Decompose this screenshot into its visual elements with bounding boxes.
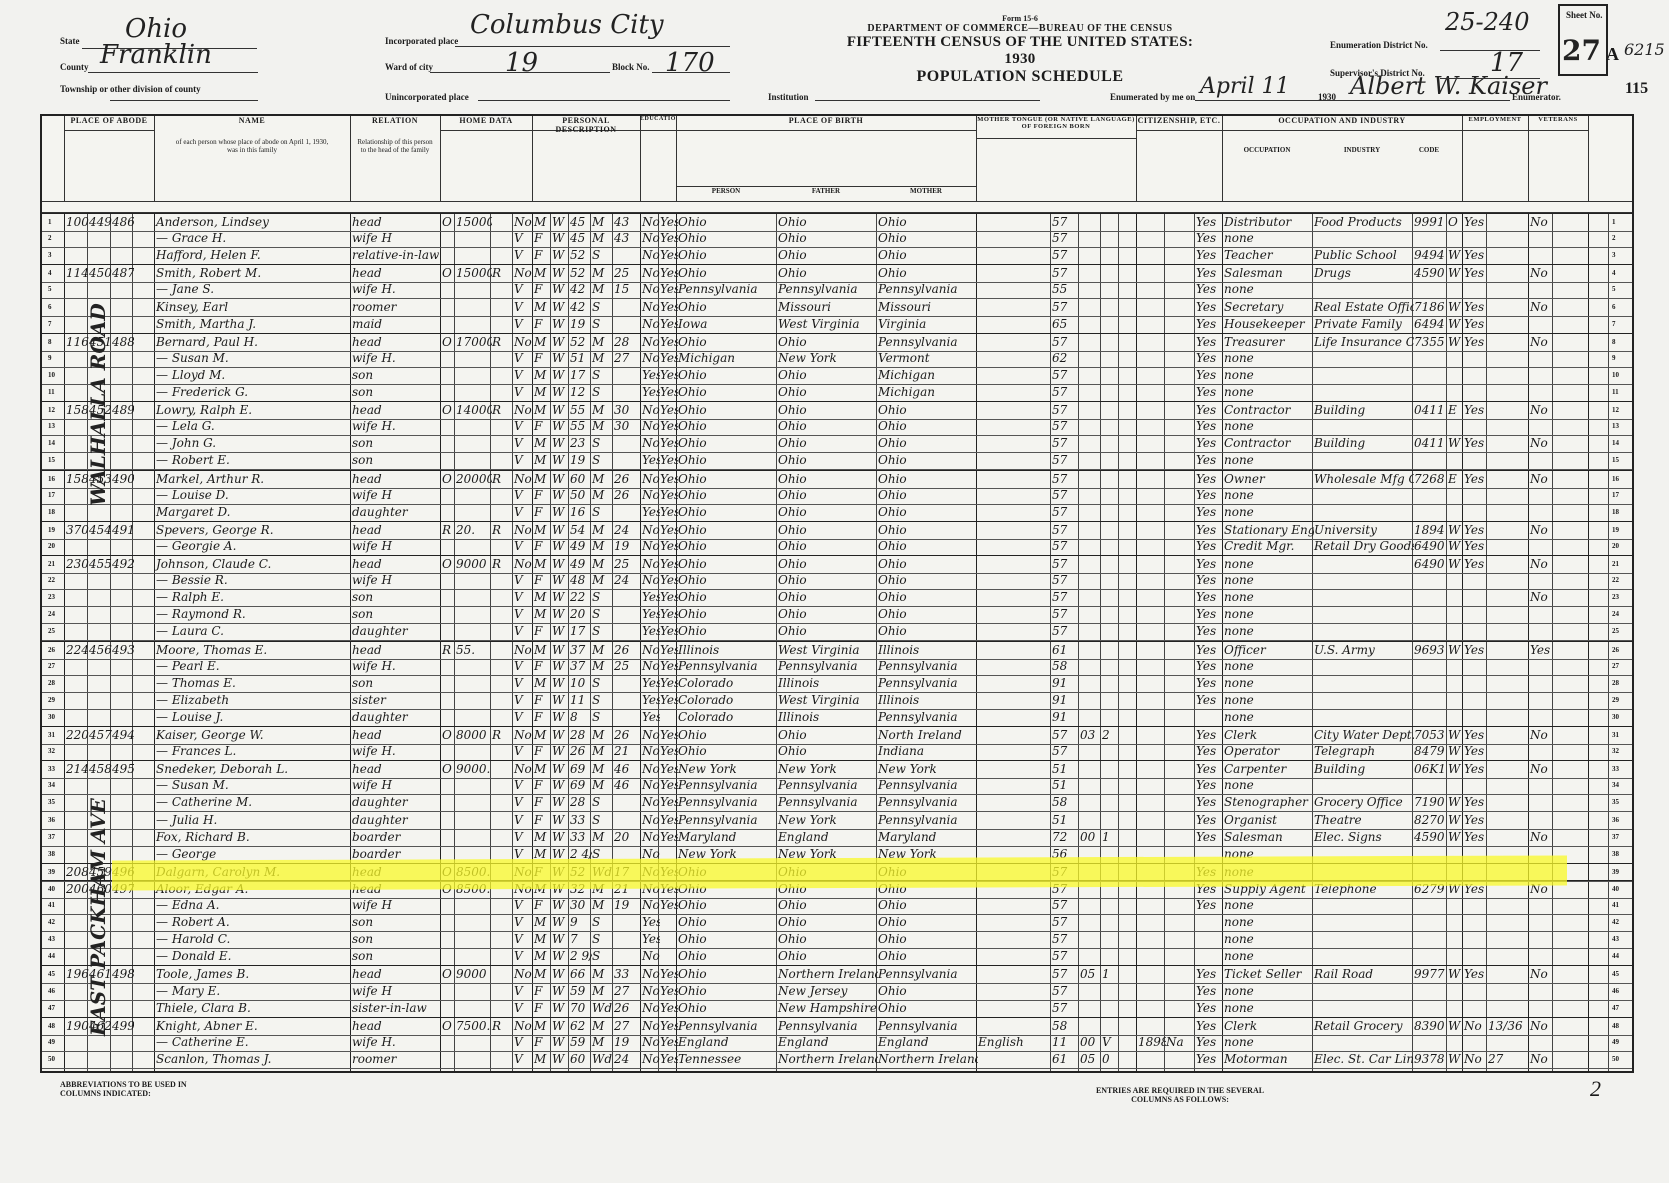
cell-code-b — [1078, 897, 1102, 914]
cell-age-married — [612, 794, 642, 811]
incorporated-value: Columbus City — [470, 10, 664, 40]
cell-pob: Ohio — [676, 471, 778, 488]
cell-farm: V — [512, 931, 534, 948]
cell-mother: Ohio — [876, 572, 978, 589]
cell-name: — Georgie A. — [154, 538, 352, 555]
cell-employed — [1462, 983, 1488, 1000]
cell-occ-code — [1412, 606, 1448, 623]
cell-name: — Bessie R. — [154, 572, 352, 589]
cell-read — [658, 914, 678, 931]
cell-code-c — [1100, 350, 1120, 367]
cell-relation: son — [350, 914, 442, 931]
line-number: 46 — [48, 987, 55, 995]
cell-unemp — [1486, 538, 1530, 555]
cell-farm: V — [512, 572, 534, 589]
cell-industry — [1312, 675, 1414, 692]
cell-sex: F — [532, 572, 552, 589]
cell-occupation: none — [1222, 675, 1314, 692]
cell-english: Yes — [1194, 1000, 1224, 1017]
cell-code-b — [1078, 658, 1102, 675]
cell-code-a: 57 — [1050, 572, 1080, 589]
cell-dwelling: 450 — [87, 265, 112, 282]
cell-name: — Lloyd M. — [154, 367, 352, 384]
cell-pob: Colorado — [676, 692, 778, 709]
cell-value — [454, 658, 492, 675]
cell-sex: F — [532, 623, 552, 640]
cell-industry — [1312, 692, 1414, 709]
cell-sex: M — [532, 367, 552, 384]
cell-natur — [1164, 642, 1196, 659]
cell-age: 11 — [568, 692, 592, 709]
cell-sex: M — [532, 606, 552, 623]
cell-race: W — [550, 812, 570, 829]
cell-marital: M — [590, 538, 614, 555]
cell-unemp — [1486, 247, 1530, 264]
cell-employed: Yes — [1462, 316, 1488, 333]
cell-read: Yes — [658, 623, 678, 640]
cell-farm: V — [512, 675, 534, 692]
cell-marital: M — [590, 777, 614, 794]
cell-marital: S — [590, 367, 614, 384]
cell-name: — Catherine M. — [154, 794, 352, 811]
cell-dwelling — [87, 230, 112, 247]
cell-name: — Harold C. — [154, 931, 352, 948]
cell-code-b — [1078, 931, 1102, 948]
cell-code-a: 57 — [1050, 727, 1080, 744]
cell-mother: Ohio — [876, 452, 978, 469]
block-value: 170 — [665, 48, 715, 78]
cell-farm: V — [512, 281, 534, 298]
cell-veteran — [1528, 384, 1554, 401]
cell-school: Yes — [640, 931, 660, 948]
cell-employed — [1462, 452, 1488, 469]
cell-race: W — [550, 897, 570, 914]
line-number-right: 15 — [1612, 456, 1619, 464]
cell-unemp — [1486, 761, 1530, 778]
line-number-right: 5 — [1612, 285, 1616, 293]
cell-unemp — [1486, 281, 1530, 298]
cell-code-b: 05 — [1078, 966, 1102, 983]
cell-pob: Pennsylvania — [676, 281, 778, 298]
cell-lang — [976, 350, 1052, 367]
cell-pob: Illinois — [676, 642, 778, 659]
cell-radio: R — [490, 556, 514, 573]
cell-pob: Ohio — [676, 948, 778, 965]
cell-lang — [976, 709, 1052, 726]
cell-unemp: 13/36 — [1486, 1018, 1530, 1035]
cell-mother: Pennsylvania — [876, 777, 978, 794]
line-number-right: 10 — [1612, 371, 1619, 379]
cell-read: Yes — [658, 829, 678, 846]
cell-radio — [490, 384, 514, 401]
cell-age: 60 — [568, 471, 592, 488]
cell-english — [1194, 914, 1224, 931]
cell-mother: Pennsylvania — [876, 281, 978, 298]
cell-age-married: 46 — [612, 777, 642, 794]
cell-natur — [1164, 1018, 1196, 1035]
line-number: 4 — [48, 269, 52, 277]
cell-age: 8 — [568, 709, 592, 726]
cell-pob: Ohio — [676, 402, 778, 419]
veterans-group-label: VETERANS — [1528, 116, 1588, 131]
cell-employed: Yes — [1462, 794, 1488, 811]
cell-employed: Yes — [1462, 812, 1488, 829]
cell-value — [454, 623, 492, 640]
cell-name: — Raymond R. — [154, 606, 352, 623]
cell-employed — [1462, 623, 1488, 640]
census-row: 4141— Edna A.wife HVFW30M19NoYesOhioOhio… — [42, 897, 1632, 915]
cell-age-married — [612, 589, 642, 606]
cell-farm: V — [512, 829, 534, 846]
cell-school: No — [640, 265, 660, 282]
cell-occ-code — [1412, 487, 1448, 504]
cell-natur — [1164, 281, 1196, 298]
line-number-right: 39 — [1612, 868, 1619, 876]
cell-occ-code — [1412, 1000, 1448, 1017]
cell-code-b — [1078, 1018, 1102, 1035]
cell-radio — [490, 538, 514, 555]
cell-veteran — [1528, 572, 1554, 589]
cell-father: New Hampshire — [776, 1000, 878, 1017]
cell-employed — [1462, 709, 1488, 726]
cell-radio — [490, 418, 514, 435]
line-number-right: 23 — [1612, 593, 1619, 601]
cell-name: — Ralph E. — [154, 589, 352, 606]
cell-sex: M — [532, 452, 552, 469]
cell-natur — [1164, 487, 1196, 504]
census-row: 2727— Pearl E.wife H.VFW37M25NoYesPennsy… — [42, 658, 1632, 676]
cell-farm: No — [512, 556, 534, 573]
cell-relation: sister — [350, 692, 442, 709]
cell-read: Yes — [658, 384, 678, 401]
cell-industry: U.S. Army — [1312, 642, 1414, 659]
line-number-right: 42 — [1612, 918, 1619, 926]
cell-age-married — [612, 675, 642, 692]
cell-veteran — [1528, 914, 1554, 931]
cell-race: W — [550, 384, 570, 401]
census-row: 1818Margaret D.daughterVFW16SYesYesOhioO… — [42, 504, 1632, 522]
line-number: 3 — [48, 251, 52, 259]
cell-marital: S — [590, 914, 614, 931]
cell-code-b — [1078, 281, 1102, 298]
cell-school: No — [640, 299, 660, 316]
cell-pob: Ohio — [676, 367, 778, 384]
line-number-right: 4 — [1612, 269, 1616, 277]
cell-family: 499 — [110, 1018, 134, 1035]
cell-value — [454, 281, 492, 298]
cell-age: 70 — [568, 1000, 592, 1017]
cell-street-no — [64, 281, 89, 298]
cell-english: Yes — [1194, 556, 1224, 573]
cell-immig — [1136, 281, 1166, 298]
cell-veteran — [1528, 504, 1554, 521]
cell-english: Yes — [1194, 572, 1224, 589]
cell-family — [110, 452, 134, 469]
cell-read: Yes — [658, 538, 678, 555]
cell-veteran — [1528, 623, 1554, 640]
cell-father: New York — [776, 812, 878, 829]
cell-industry — [1312, 384, 1414, 401]
cell-street-no — [64, 1034, 89, 1051]
cell-mother: Pennsylvania — [876, 966, 978, 983]
cell-code-c — [1100, 914, 1120, 931]
cell-relation: wife H — [350, 897, 442, 914]
enumerated-date: April 11 — [1200, 74, 1290, 99]
cell-lang — [976, 606, 1052, 623]
cell-sex: M — [532, 948, 552, 965]
cell-industry — [1312, 589, 1414, 606]
cell-code-a: 57 — [1050, 435, 1080, 452]
cell-immig — [1136, 487, 1166, 504]
cell-radio — [490, 572, 514, 589]
line-number: 13 — [48, 422, 55, 430]
cell-read: Yes — [658, 1018, 678, 1035]
cell-marital: S — [590, 384, 614, 401]
citizenship-group-label: CITIZENSHIP, ETC. — [1136, 116, 1222, 131]
cell-english: Yes — [1194, 1034, 1224, 1051]
cell-age-married: 46 — [612, 761, 642, 778]
cell-occupation: none — [1222, 281, 1314, 298]
cell-code-b — [1078, 623, 1102, 640]
cell-industry: Drugs — [1312, 265, 1414, 282]
cell-father: Pennsylvania — [776, 777, 878, 794]
cell-relation: roomer — [350, 1051, 442, 1068]
cell-marital: M — [590, 281, 614, 298]
line-number-right: 36 — [1612, 816, 1619, 824]
page-number: 115 — [1625, 80, 1648, 98]
cell-family: 488 — [110, 334, 134, 351]
census-row: 2929— ElizabethsisterVFW11SYesYesColorad… — [42, 692, 1632, 710]
cell-farm: No — [512, 334, 534, 351]
cell-code-b — [1078, 556, 1102, 573]
cell-unemp — [1486, 897, 1530, 914]
cell-marital: M — [590, 761, 614, 778]
cell-sex: M — [532, 471, 552, 488]
line-number-right: 14 — [1612, 439, 1619, 447]
cell-sex: F — [532, 658, 552, 675]
census-title: FIFTEENTH CENSUS OF THE UNITED STATES: 1… — [840, 34, 1200, 68]
education-head: EDUCATION — [640, 116, 677, 201]
cell-mother: Illinois — [876, 642, 978, 659]
cell-age: 66 — [568, 966, 592, 983]
cell-marital: S — [590, 316, 614, 333]
cell-industry: Rail Road — [1312, 966, 1414, 983]
cell-employed — [1462, 230, 1488, 247]
cell-immig — [1136, 334, 1166, 351]
cell-school: No — [640, 1018, 660, 1035]
cell-natur — [1164, 350, 1196, 367]
cell-english: Yes — [1194, 1051, 1224, 1068]
cell-pob: Pennsylvania — [676, 812, 778, 829]
cell-age: 19 — [568, 452, 592, 469]
cell-sex: F — [532, 1034, 552, 1051]
cell-occupation: none — [1222, 931, 1314, 948]
cell-name: Thiele, Clara B. — [154, 1000, 352, 1017]
cell-marital: M — [590, 402, 614, 419]
cell-code-a: 58 — [1050, 1018, 1080, 1035]
cell-farm: No — [512, 761, 534, 778]
cell-veteran — [1528, 281, 1554, 298]
cell-father: Northern Ireland — [776, 1051, 878, 1068]
cell-father: Ohio — [776, 402, 878, 419]
cell-sex: F — [532, 743, 552, 760]
cell-relation: daughter — [350, 623, 442, 640]
cell-farm: No — [512, 642, 534, 659]
cell-mother: Indiana — [876, 743, 978, 760]
cell-race: W — [550, 675, 570, 692]
cell-immig — [1136, 606, 1166, 623]
cell-code-a: 57 — [1050, 983, 1080, 1000]
cell-marital: S — [590, 948, 614, 965]
cell-pob: Pennsylvania — [676, 794, 778, 811]
cell-age-married — [612, 435, 642, 452]
cell-code-a: 11 — [1050, 1034, 1080, 1051]
cell-radio — [490, 350, 514, 367]
cell-occupation: none — [1222, 504, 1314, 521]
cell-pob: Ohio — [676, 435, 778, 452]
cell-code-c — [1100, 761, 1120, 778]
cell-natur — [1164, 658, 1196, 675]
cell-industry — [1312, 623, 1414, 640]
line-number: 23 — [48, 593, 55, 601]
cell-pob: Ohio — [676, 606, 778, 623]
cell-farm: No — [512, 966, 534, 983]
cell-radio — [490, 658, 514, 675]
cell-mother: Ohio — [876, 265, 978, 282]
cell-radio — [490, 642, 514, 659]
cell-race: W — [550, 334, 570, 351]
cell-read: Yes — [658, 334, 678, 351]
cell-radio — [490, 829, 514, 846]
cell-relation: son — [350, 435, 442, 452]
cell-read: Yes — [658, 966, 678, 983]
cell-code-c: V — [1100, 1034, 1120, 1051]
cell-name: — Mary E. — [154, 983, 352, 1000]
cell-marital: M — [590, 522, 614, 539]
cell-natur — [1164, 299, 1196, 316]
cell-pob: Ohio — [676, 538, 778, 555]
cell-unemp — [1486, 384, 1530, 401]
cell-lang — [976, 1000, 1052, 1017]
cell-age-married — [612, 247, 642, 264]
line-number-right: 24 — [1612, 610, 1619, 618]
cell-sex: M — [532, 642, 552, 659]
cell-unemp — [1486, 487, 1530, 504]
cell-family — [110, 897, 134, 914]
cell-unemp — [1486, 794, 1530, 811]
cell-code-c — [1100, 384, 1120, 401]
cell-marital: Wd — [590, 1000, 614, 1017]
cell-natur — [1164, 794, 1196, 811]
cell-natur — [1164, 504, 1196, 521]
cell-read: Yes — [658, 777, 678, 794]
cell-mother: Missouri — [876, 299, 978, 316]
cell-employed: Yes — [1462, 966, 1488, 983]
cell-age-married: 19 — [612, 1034, 642, 1051]
cell-lang — [976, 316, 1052, 333]
cell-lang — [976, 214, 1052, 231]
cell-name: Bernard, Paul H. — [154, 334, 352, 351]
cell-age-married — [612, 384, 642, 401]
cell-value — [454, 606, 492, 623]
cell-occ-code — [1412, 281, 1448, 298]
cell-name: Kaiser, George W. — [154, 727, 352, 744]
cell-dwelling — [87, 777, 112, 794]
cell-school: No — [640, 794, 660, 811]
cell-veteran — [1528, 606, 1554, 623]
cell-value — [454, 931, 492, 948]
cell-code-c — [1100, 897, 1120, 914]
cell-mother: New York — [876, 761, 978, 778]
cell-occ-code — [1412, 367, 1448, 384]
cell-lang — [976, 983, 1052, 1000]
cell-pob: Ohio — [676, 504, 778, 521]
cell-immig — [1136, 812, 1166, 829]
line-number: 7 — [48, 320, 52, 328]
cell-unemp: 27 — [1486, 1051, 1530, 1068]
line-number: 21 — [48, 560, 55, 568]
cell-lang — [976, 230, 1052, 247]
cell-age-married — [612, 316, 642, 333]
cell-immig — [1136, 402, 1166, 419]
cell-street-no — [64, 589, 89, 606]
cell-natur — [1164, 623, 1196, 640]
cell-immig — [1136, 1018, 1166, 1035]
cell-veteran — [1528, 948, 1554, 965]
line-number-right: 3 — [1612, 251, 1616, 259]
cell-race: W — [550, 709, 570, 726]
cell-occ-code — [1412, 709, 1448, 726]
occupation-head: OCCUPATION AND INDUSTRY OCCUPATION INDUS… — [1222, 116, 1463, 201]
cell-radio: R — [490, 402, 514, 419]
cell-sex: M — [532, 1018, 552, 1035]
cell-age-married: 26 — [612, 1000, 642, 1017]
code-label: CODE — [1412, 146, 1446, 154]
cell-value — [454, 812, 492, 829]
sheet-label: Sheet No. — [1566, 10, 1603, 20]
cell-mother: Pennsylvania — [876, 334, 978, 351]
cell-race: W — [550, 265, 570, 282]
cell-veteran: No — [1528, 214, 1554, 231]
line-number: 25 — [48, 627, 55, 635]
cell-age: 59 — [568, 983, 592, 1000]
cell-immig — [1136, 418, 1166, 435]
cell-street-no — [64, 572, 89, 589]
cell-code-b — [1078, 777, 1102, 794]
cell-value — [454, 418, 492, 435]
cell-employed — [1462, 931, 1488, 948]
line-number: 36 — [48, 816, 55, 824]
cell-mother: Ohio — [876, 606, 978, 623]
cell-employed: Yes — [1462, 743, 1488, 760]
cell-pob: Ohio — [676, 589, 778, 606]
cell-age-married: 28 — [612, 334, 642, 351]
cell-relation: wife H. — [350, 350, 442, 367]
cell-occ-code — [1412, 452, 1448, 469]
cell-code-a: 57 — [1050, 743, 1080, 760]
cell-unemp — [1486, 402, 1530, 419]
cell-school: No — [640, 522, 660, 539]
census-row: 1414— John G.sonVMW23SNoYesOhioOhioOhio5… — [42, 435, 1632, 453]
cell-read: Yes — [658, 471, 678, 488]
cell-school: No — [640, 658, 660, 675]
line-number: 15 — [48, 456, 55, 464]
cell-occupation: none — [1222, 709, 1314, 726]
cell-school: No — [640, 487, 660, 504]
line-number-right: 46 — [1612, 987, 1619, 995]
cell-sex: M — [532, 334, 552, 351]
cell-name: Margaret D. — [154, 504, 352, 521]
